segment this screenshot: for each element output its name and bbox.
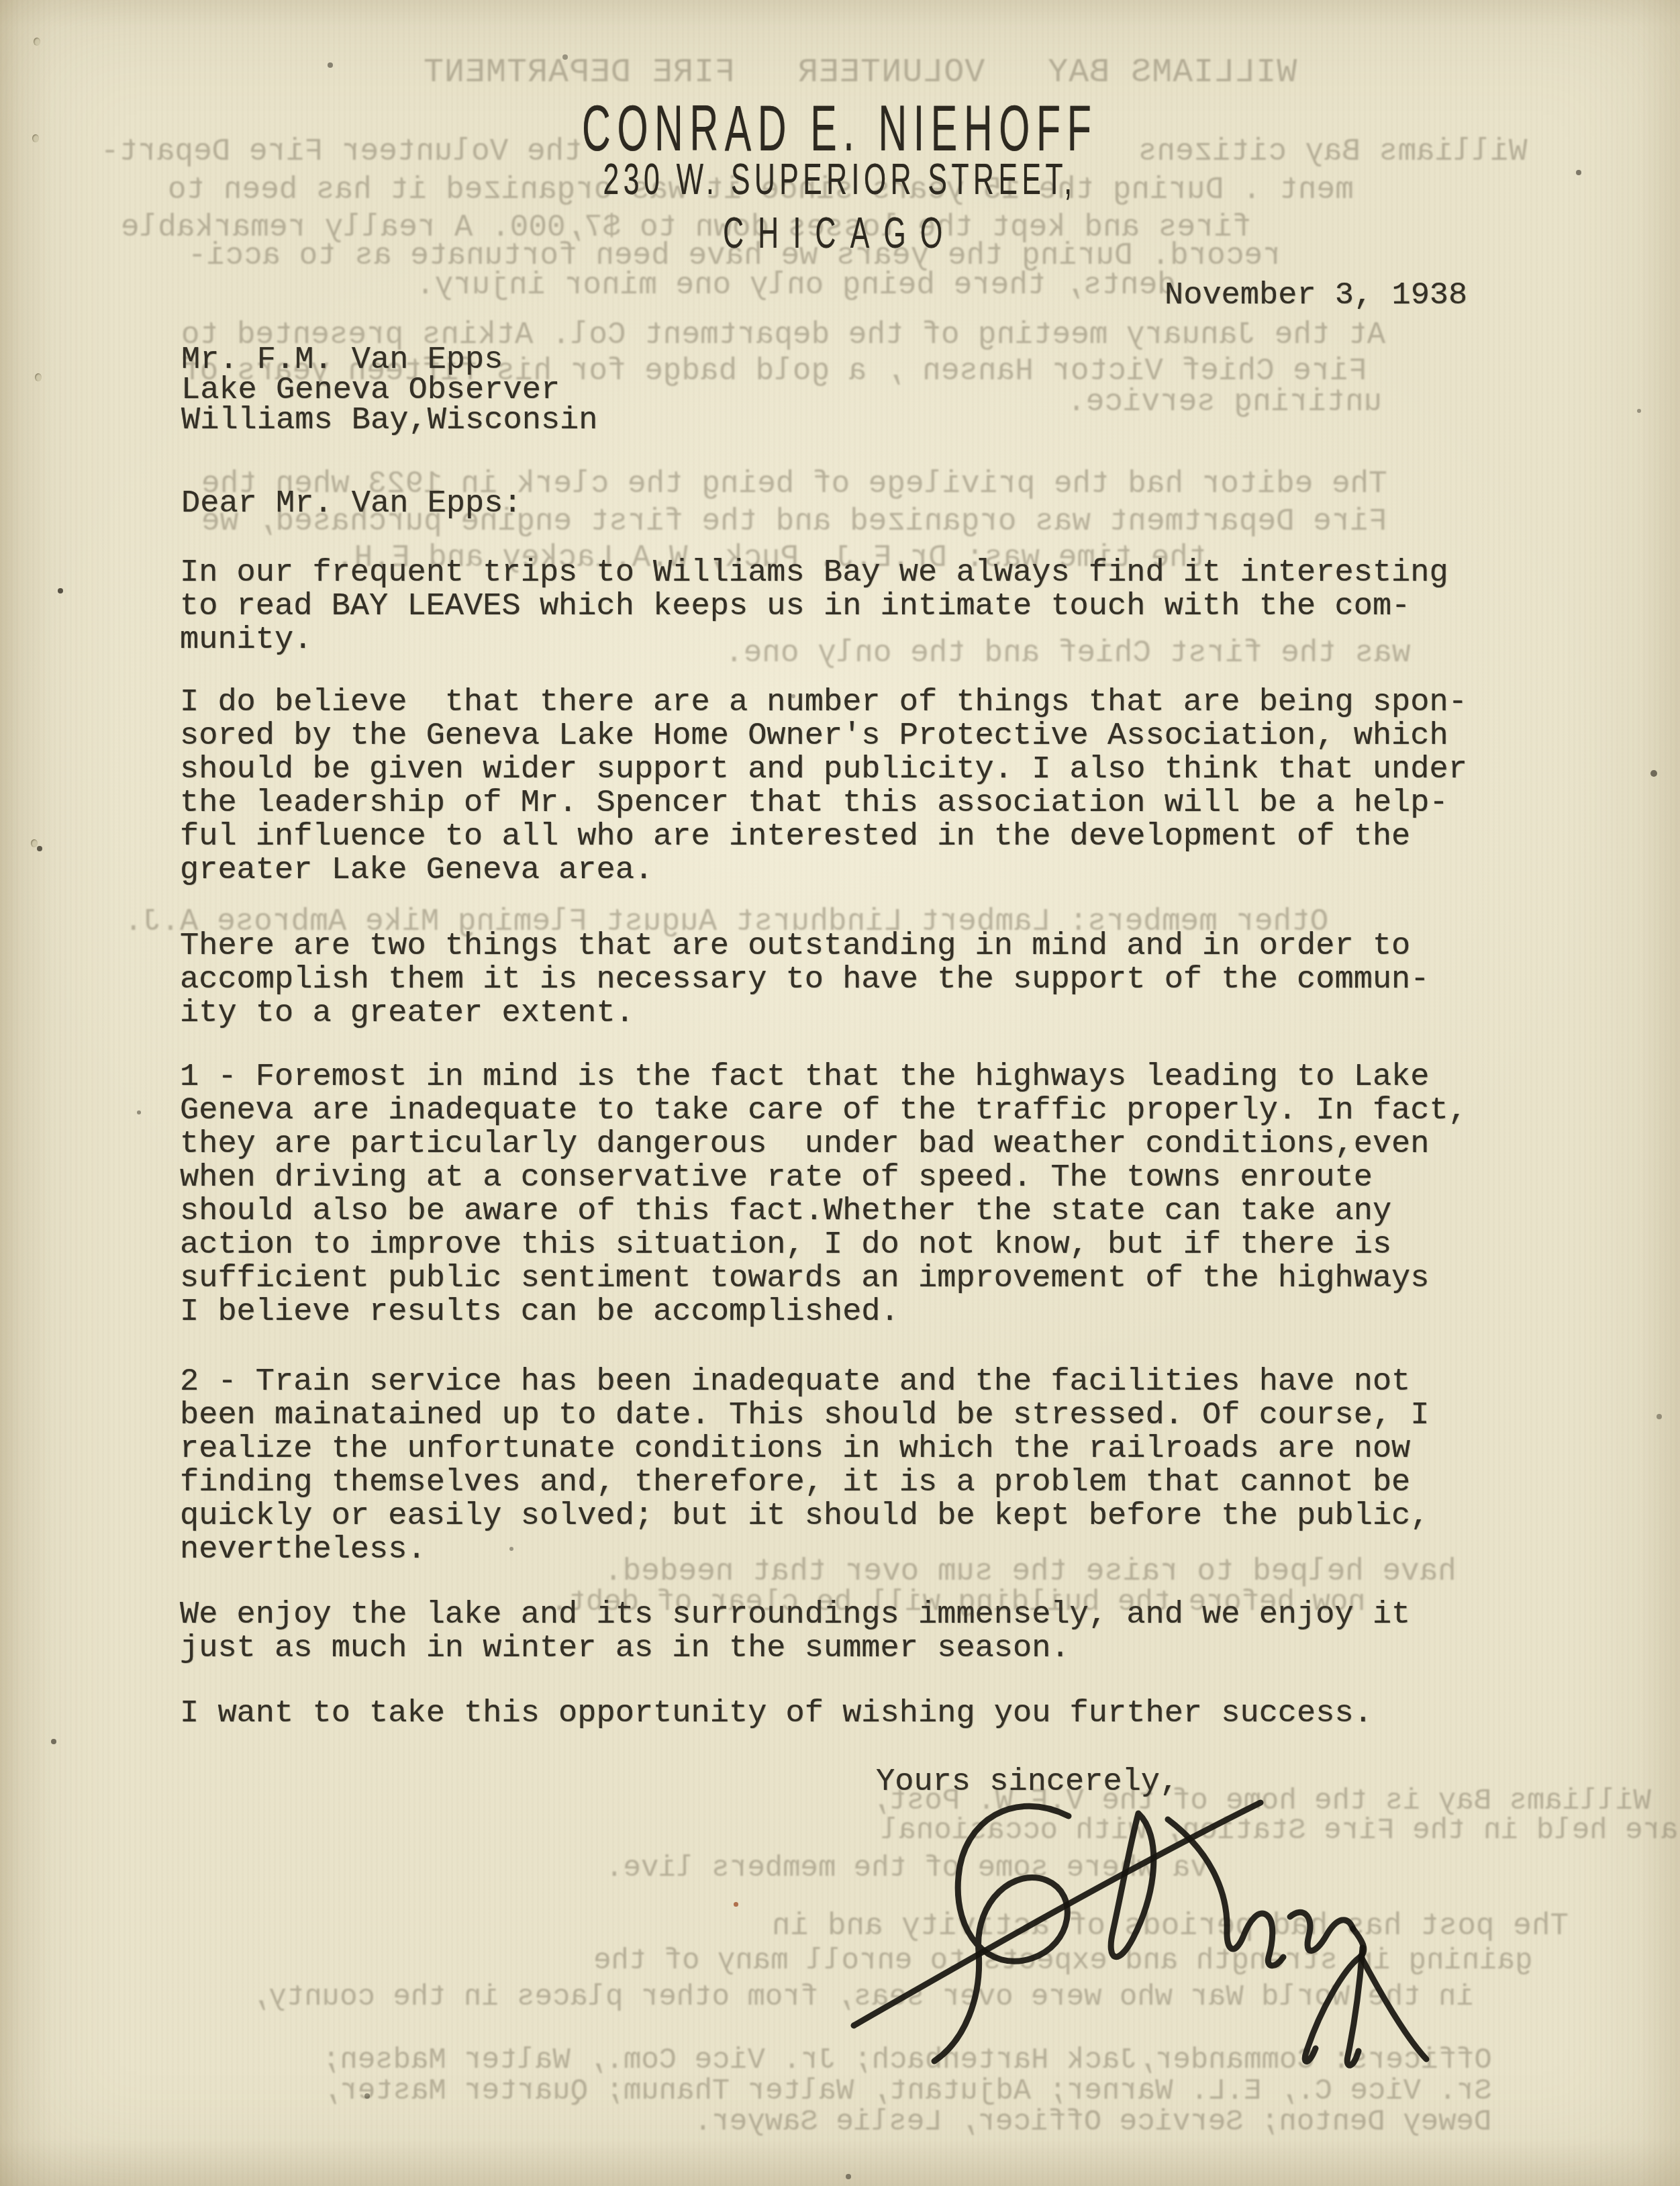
paragraph-3: There are two things that are outstandin… [180,930,1430,1031]
bleedthrough-line: WILLIAMS BAY VOLUNTEER FIRE DEPARTMENT [423,58,1297,89]
letterhead-name: CONRAD E. NIEHOFF [0,99,1680,156]
paragraph-7: I want to take this opportunity of wishi… [180,1697,1373,1731]
paragraph-1: In our frequent trips to Williams Bay we… [180,557,1448,657]
paragraph-4-highways: 1 - Foremost in mind is the fact that th… [180,1061,1467,1329]
paper-edge-hole [31,839,38,847]
letterhead-name-text: CONRAD E. NIEHOFF [582,91,1097,165]
bleedthrough-line: untiring service. [1067,387,1382,418]
letterhead-city: CHICAGO [0,213,1680,254]
letterhead-city-text: CHICAGO [723,209,956,259]
bleedthrough-line: dents, there being only one minor injury… [416,270,1176,301]
letter-date: November 3, 1938 [1165,279,1467,313]
paragraph-5-train-service: 2 - Train service has been inadequate an… [180,1366,1430,1567]
paragraph-2: I do believe that there are a number of … [180,686,1467,888]
paper-edge-hole [32,134,39,142]
ink-specks [0,0,3,3]
paper-edge-hole [34,38,40,46]
recipient-address: Mr. F.M. Van Epps Lake Geneva Observer W… [181,345,598,436]
signature [765,1756,1544,2186]
letterhead-street-text: 230 W. SUPERIOR STREET, [603,155,1077,205]
letter-page: WILLIAMS BAY VOLUNTEER FIRE DEPARTMENT W… [0,0,1680,2186]
letterhead-street: 230 W. SUPERIOR STREET, [0,160,1680,200]
paragraph-6: We enjoy the lake and its surroundings i… [180,1599,1410,1666]
rust-speck [734,1902,738,1907]
salutation: Dear Mr. Van Epps: [181,487,522,521]
paper-edge-hole [35,373,42,381]
